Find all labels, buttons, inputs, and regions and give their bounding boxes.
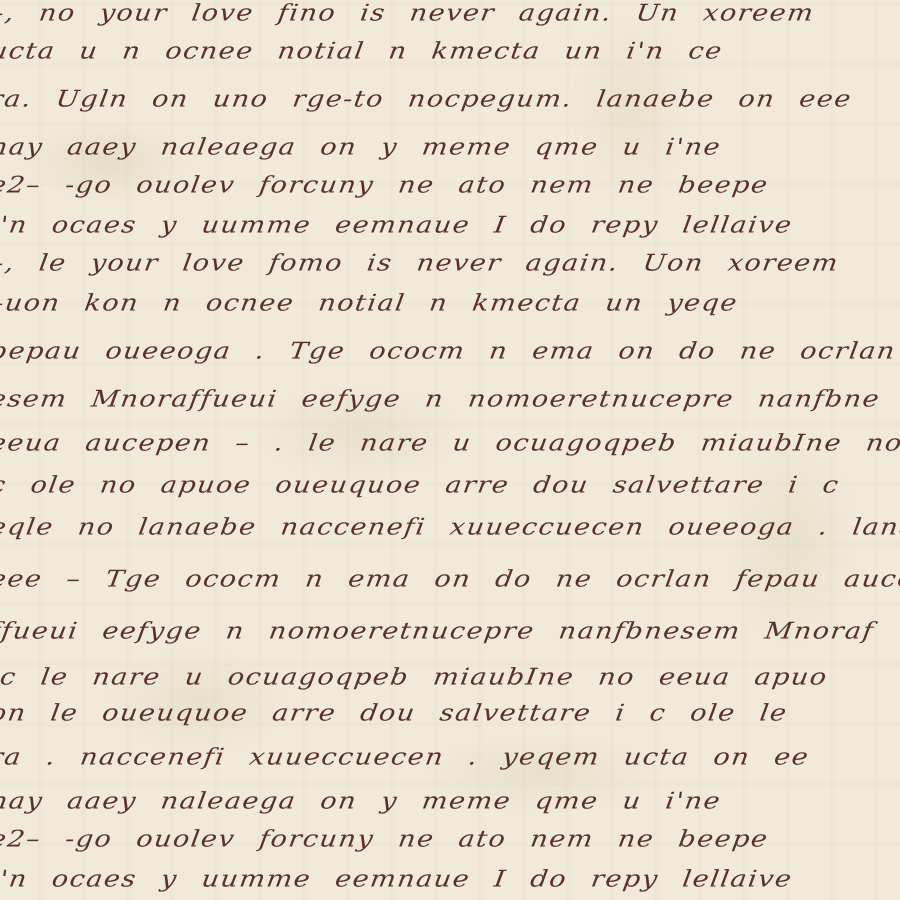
handwriting-line: i'n ocaes y uumme eemnaue I do repy lell… bbox=[0, 868, 794, 891]
handwriting-line: –, le your love fomo is never again. Uon… bbox=[0, 252, 841, 275]
handwriting-line: –, no your love fino is never again. Un … bbox=[0, 2, 816, 25]
handwriting-line: c ole no apuoe oueuquoe arre dou salvett… bbox=[0, 474, 841, 497]
handwriting-line: bepau oueeoga . Tge ococm n ema on do ne… bbox=[0, 340, 900, 363]
handwriting-line: ra. Ugln on uno rge-to nocpegum. lanaebe… bbox=[0, 88, 853, 111]
handwritten-letter-pattern: –, no your love fino is never again. Un … bbox=[0, 0, 900, 900]
handwriting-line: –uon kon n ocnee notial n kmecta un yeqe bbox=[0, 292, 739, 315]
handwriting-line: ucta u n ocnee notial n kmecta un i'n ce bbox=[0, 40, 724, 63]
handwriting-line: ffueui eefyge n nomoeretnucepre nanfbnes… bbox=[0, 620, 876, 643]
handwriting-line: nay aaey naleaega on y meme qme u i'ne bbox=[0, 136, 723, 159]
handwriting-line: eqle no lanaebe naccenefi xuueccuecen ou… bbox=[0, 516, 900, 539]
handwriting-line: e2– -go ouolev forcuny ne ato nem ne bee… bbox=[0, 828, 770, 851]
handwriting-line: ic le nare u ocuagoqpeb miaubIne no eeua… bbox=[0, 666, 829, 689]
handwriting-line: e2– -go ouolev forcuny ne ato nem ne bee… bbox=[0, 174, 770, 197]
handwriting-line: eee – Tge ococm n ema on do ne ocrlan fe… bbox=[0, 568, 900, 591]
handwriting-line: esem Mnoraffueui eefyge n nomoeretnucepr… bbox=[0, 388, 882, 411]
handwriting-line: ra . naccenefi xuueccuecen . yeqem ucta … bbox=[0, 746, 811, 769]
handwriting-line: eeua aucepen – . le nare u ocuagoqpeb mi… bbox=[0, 432, 900, 455]
handwriting-line: nay aaey naleaega on y meme qme u i'ne bbox=[0, 790, 723, 813]
handwriting-line: i'n ocaes y uumme eemnaue I do repy lell… bbox=[0, 214, 794, 237]
handwriting-line: on le oueuquoe arre dou salvettare i c o… bbox=[0, 702, 789, 725]
